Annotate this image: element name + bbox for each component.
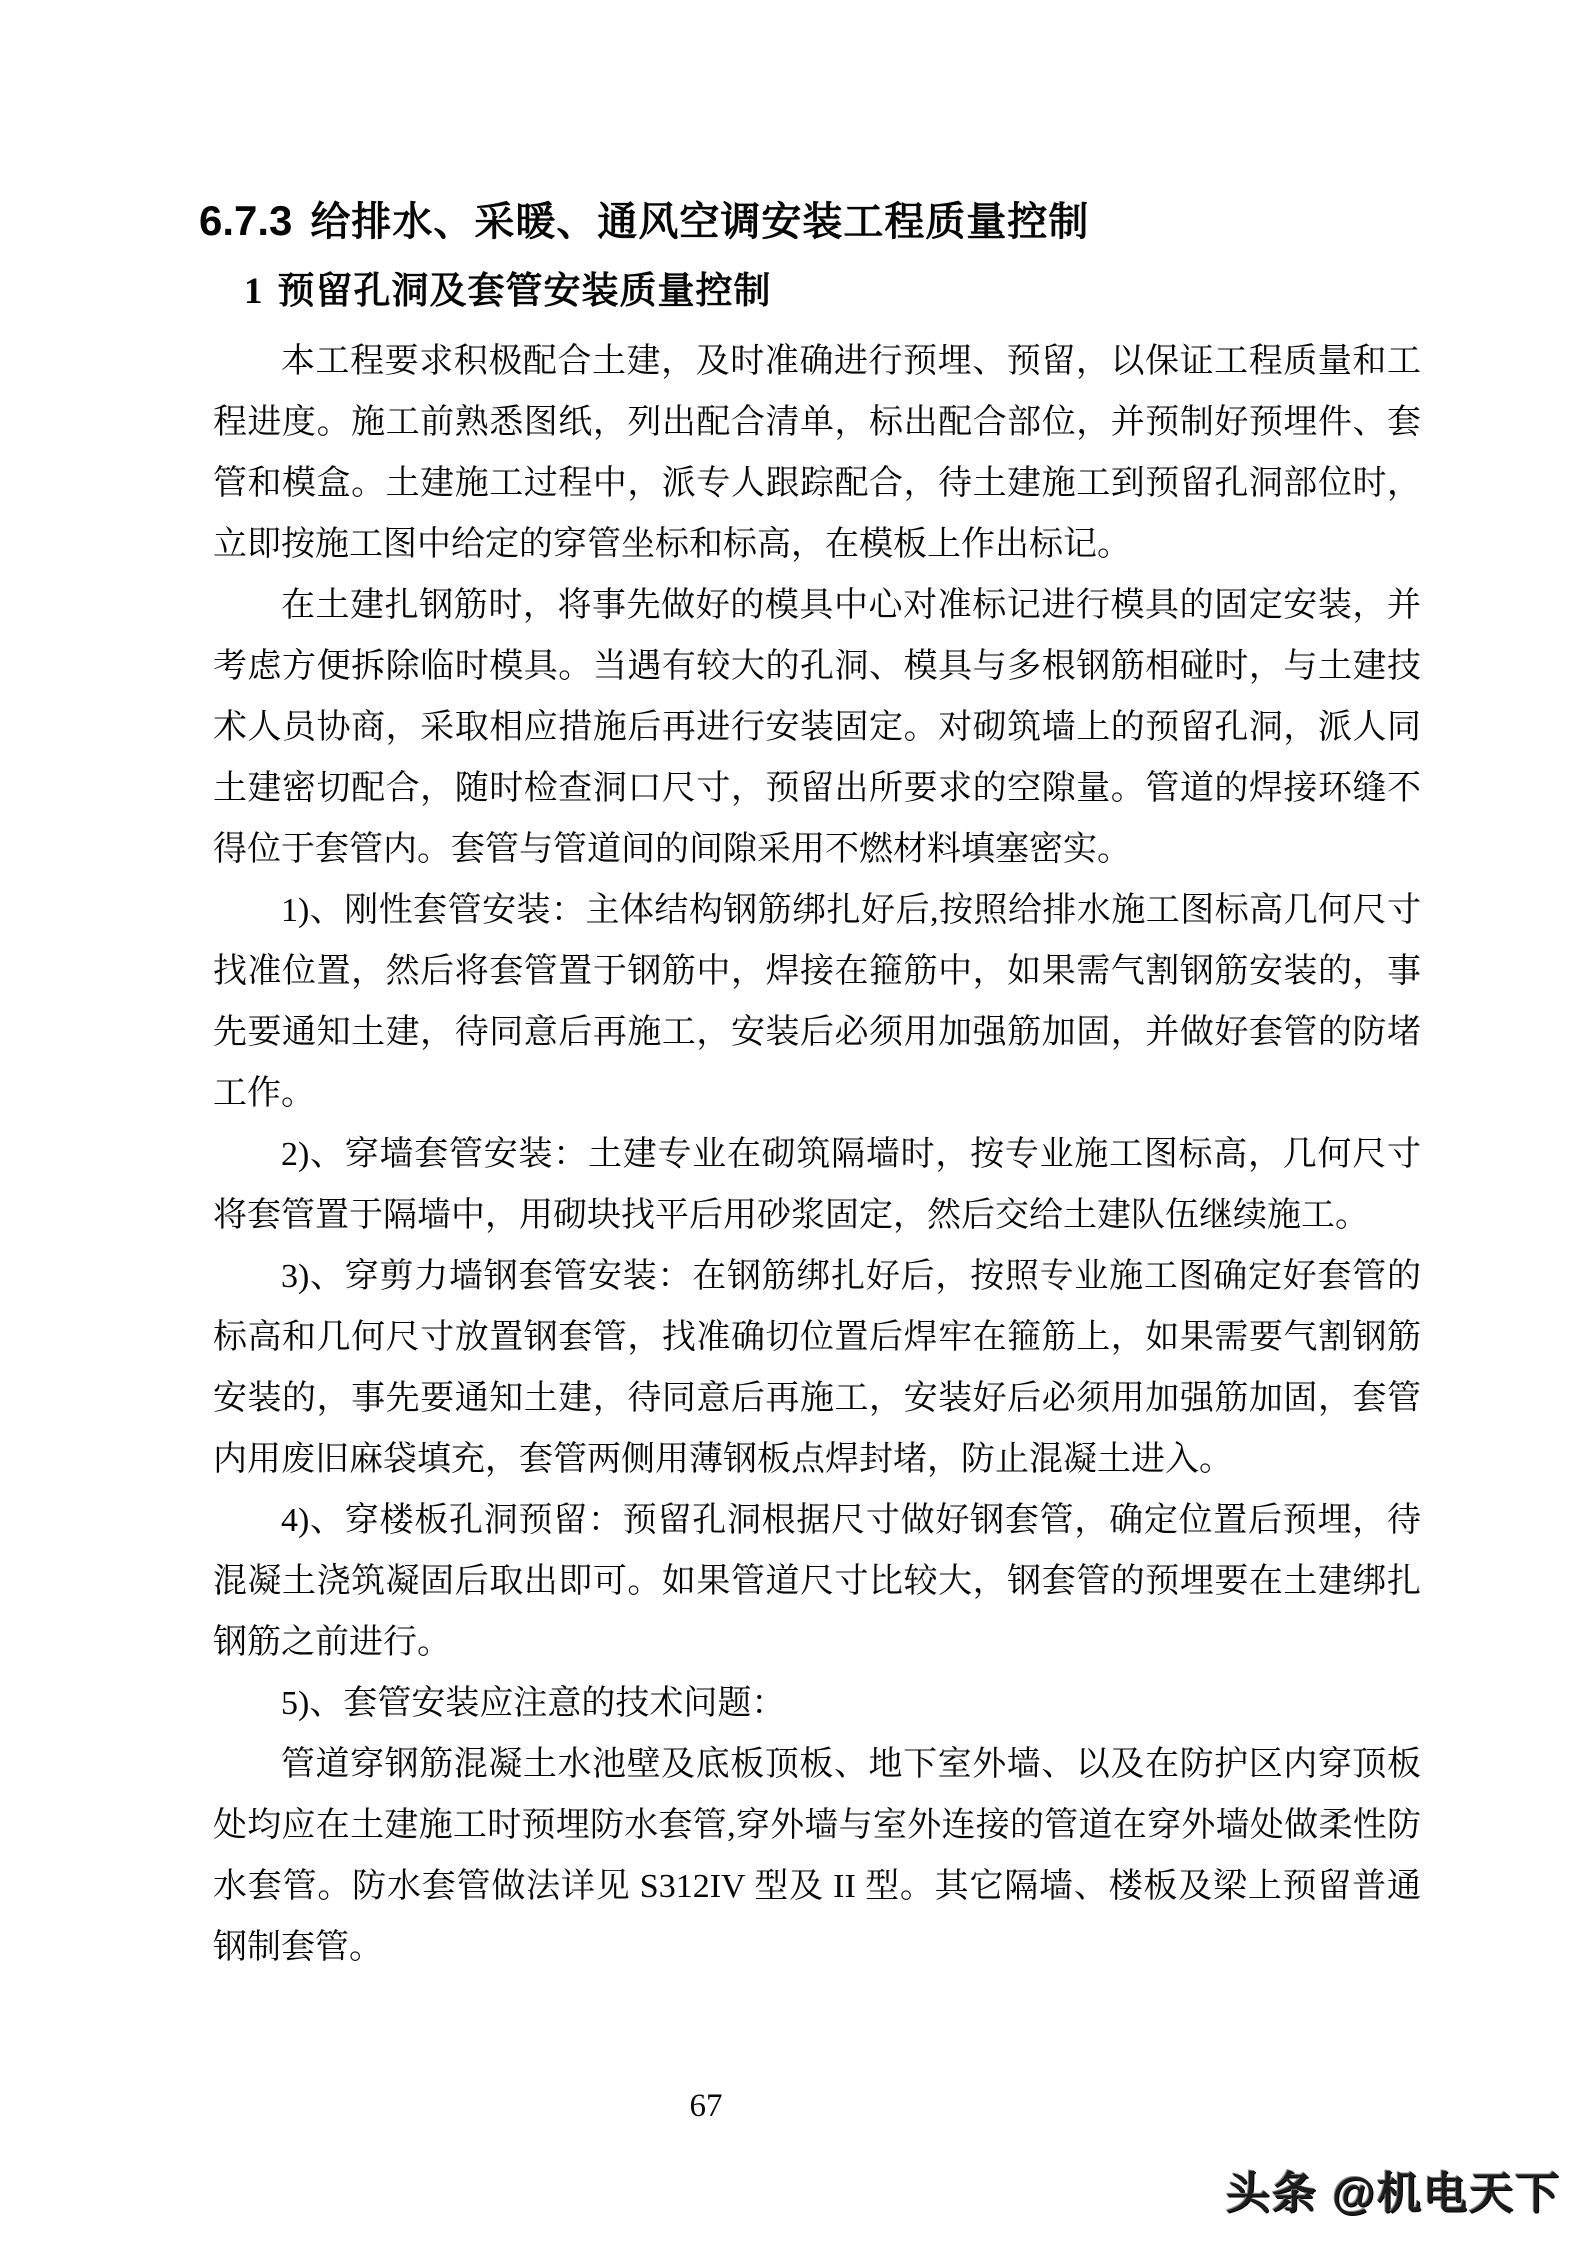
paragraph-rebar-tying: 在土建扎钢筋时，将事先做好的模具中心对准标记进行模具的固定安装，并考虑方便拆除临… <box>213 575 1421 880</box>
section-heading-title: 给排水、采暖、通风空调安装工程质量控制 <box>310 199 1089 244</box>
paragraph-item1-rigid-sleeve: 1)、刚性套管安装：主体结构钢筋绑扎好后,按照给排水施工图标高几何尺寸找准位置，… <box>213 880 1421 1124</box>
paragraph-item5-technical-issues: 5)、套管安装应注意的技术问题： <box>213 1673 1421 1734</box>
paragraph-item2-wall-sleeve: 2)、穿墙套管安装：土建专业在砌筑隔墙时，按专业施工图标高，几何尺寸将套管置于隔… <box>213 1124 1421 1246</box>
section-heading-number: 6.7.3 <box>199 197 292 244</box>
subsection-heading: 1预留孔洞及套管安装质量控制 <box>213 269 1421 315</box>
watermark: 头条 @机电天下 <box>1226 2169 1561 2219</box>
document-page: 6.7.3给排水、采暖、通风空调安装工程质量控制 1预留孔洞及套管安装质量控制 … <box>0 0 1587 2245</box>
page-number: 67 <box>0 2086 1412 2126</box>
paragraph-waterproof-sleeve: 管道穿钢筋混凝土水池壁及底板顶板、地下室外墙、以及在防护区内穿顶板处均应在土建施… <box>213 1734 1421 1978</box>
document-content: 6.7.3给排水、采暖、通风空调安装工程质量控制 1预留孔洞及套管安装质量控制 … <box>213 197 1421 1978</box>
body-text: 本工程要求积极配合土建，及时准确进行预埋、预留，以保证工程质量和工程进度。施工前… <box>213 331 1421 1978</box>
paragraph-item3-shear-wall-sleeve: 3)、穿剪力墙钢套管安装：在钢筋绑扎好后，按照专业施工图确定好套管的标高和几何尺… <box>213 1246 1421 1490</box>
paragraph-intro: 本工程要求积极配合土建，及时准确进行预埋、预留，以保证工程质量和工程进度。施工前… <box>213 331 1421 575</box>
section-heading: 6.7.3给排水、采暖、通风空调安装工程质量控制 <box>199 197 1421 246</box>
subsection-heading-number: 1 <box>244 271 264 312</box>
paragraph-item4-floor-slab-hole: 4)、穿楼板孔洞预留：预留孔洞根据尺寸做好钢套管，确定位置后预埋，待混凝土浇筑凝… <box>213 1490 1421 1673</box>
subsection-heading-title: 预留孔洞及套管安装质量控制 <box>278 271 772 312</box>
